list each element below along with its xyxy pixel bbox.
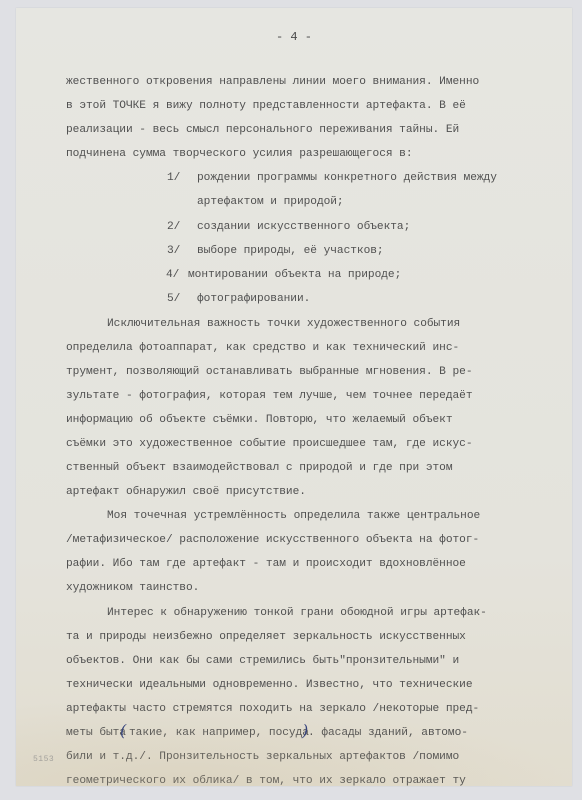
- text-line: объектов. Они как бы сами стремились быт…: [66, 655, 459, 667]
- text-line: та и природы неизбежно определяет зеркал…: [66, 631, 466, 643]
- text-line-part: меты быта: [66, 727, 126, 739]
- document-page: - 4 - жественного откровения направлены …: [16, 8, 572, 786]
- text-line-part: . фасады зданий, автомо-: [308, 727, 468, 739]
- text-line: трумент, позволяющий останавливать выбра…: [66, 366, 472, 378]
- archive-stamp: 5153: [33, 755, 54, 764]
- text-line: жественного откровения направлены линии …: [66, 76, 479, 88]
- text-line: реализации - весь смысл персонального пе…: [66, 124, 459, 136]
- text-line: Интерес к обнаружению тонкой грани обоюд…: [107, 607, 487, 619]
- list-item-number: 1/: [167, 172, 180, 184]
- text-line-part: такие, как например, посуда: [129, 727, 309, 739]
- text-line: Исключительная важность точки художестве…: [107, 318, 460, 330]
- list-item-text: рождении программы конкретного действия …: [197, 172, 497, 184]
- list-item-number: 3/: [167, 245, 180, 257]
- handwritten-open-parenthesis: (: [120, 721, 126, 740]
- text-line: зультате - фотография, которая тем лучше…: [66, 390, 472, 402]
- text-line: артефакты часто стремятся походить на зе…: [66, 703, 479, 715]
- text-line: определила фотоаппарат, как средство и к…: [66, 342, 459, 354]
- text-line: били и т.д./. Пронзительность зеркальных…: [66, 751, 459, 763]
- list-item-text: создании искусственного объекта;: [197, 221, 410, 233]
- list-item-text: монтировании объекта на природе;: [188, 269, 401, 281]
- text-line: художником таинство.: [66, 582, 199, 594]
- text-line: артефакт обнаружил своё присутствие.: [66, 486, 306, 498]
- text-line: Моя точечная устремлённость определила т…: [107, 510, 480, 522]
- text-line: /метафизическое/ расположение искусствен…: [66, 534, 479, 546]
- list-item-number: 4/: [166, 269, 179, 281]
- page-number: - 4 -: [16, 30, 572, 44]
- text-line: рафии. Ибо там где артефакт - там и прои…: [66, 558, 466, 570]
- text-line: геометрического их облика/ в том, что их…: [66, 775, 466, 787]
- list-item-number: 5/: [167, 293, 180, 305]
- list-item-text: фотографировании.: [197, 293, 310, 305]
- text-line: ственный объект взаимодействовал с приро…: [66, 462, 453, 474]
- list-item-number: 2/: [167, 221, 180, 233]
- text-line: в этой ТОЧКЕ я вижу полноту представленн…: [66, 100, 466, 112]
- text-line: съёмки это художественное событие происш…: [66, 438, 472, 450]
- text-line: технически идеальными одновременно. Изве…: [66, 679, 472, 691]
- list-item-text: артефактом и природой;: [197, 196, 344, 208]
- text-line: подчинена сумма творческого усилия разре…: [66, 148, 413, 160]
- list-item-text: выборе природы, её участков;: [197, 245, 384, 257]
- text-line: информацию об объекте съёмки. Повторю, ч…: [66, 414, 453, 426]
